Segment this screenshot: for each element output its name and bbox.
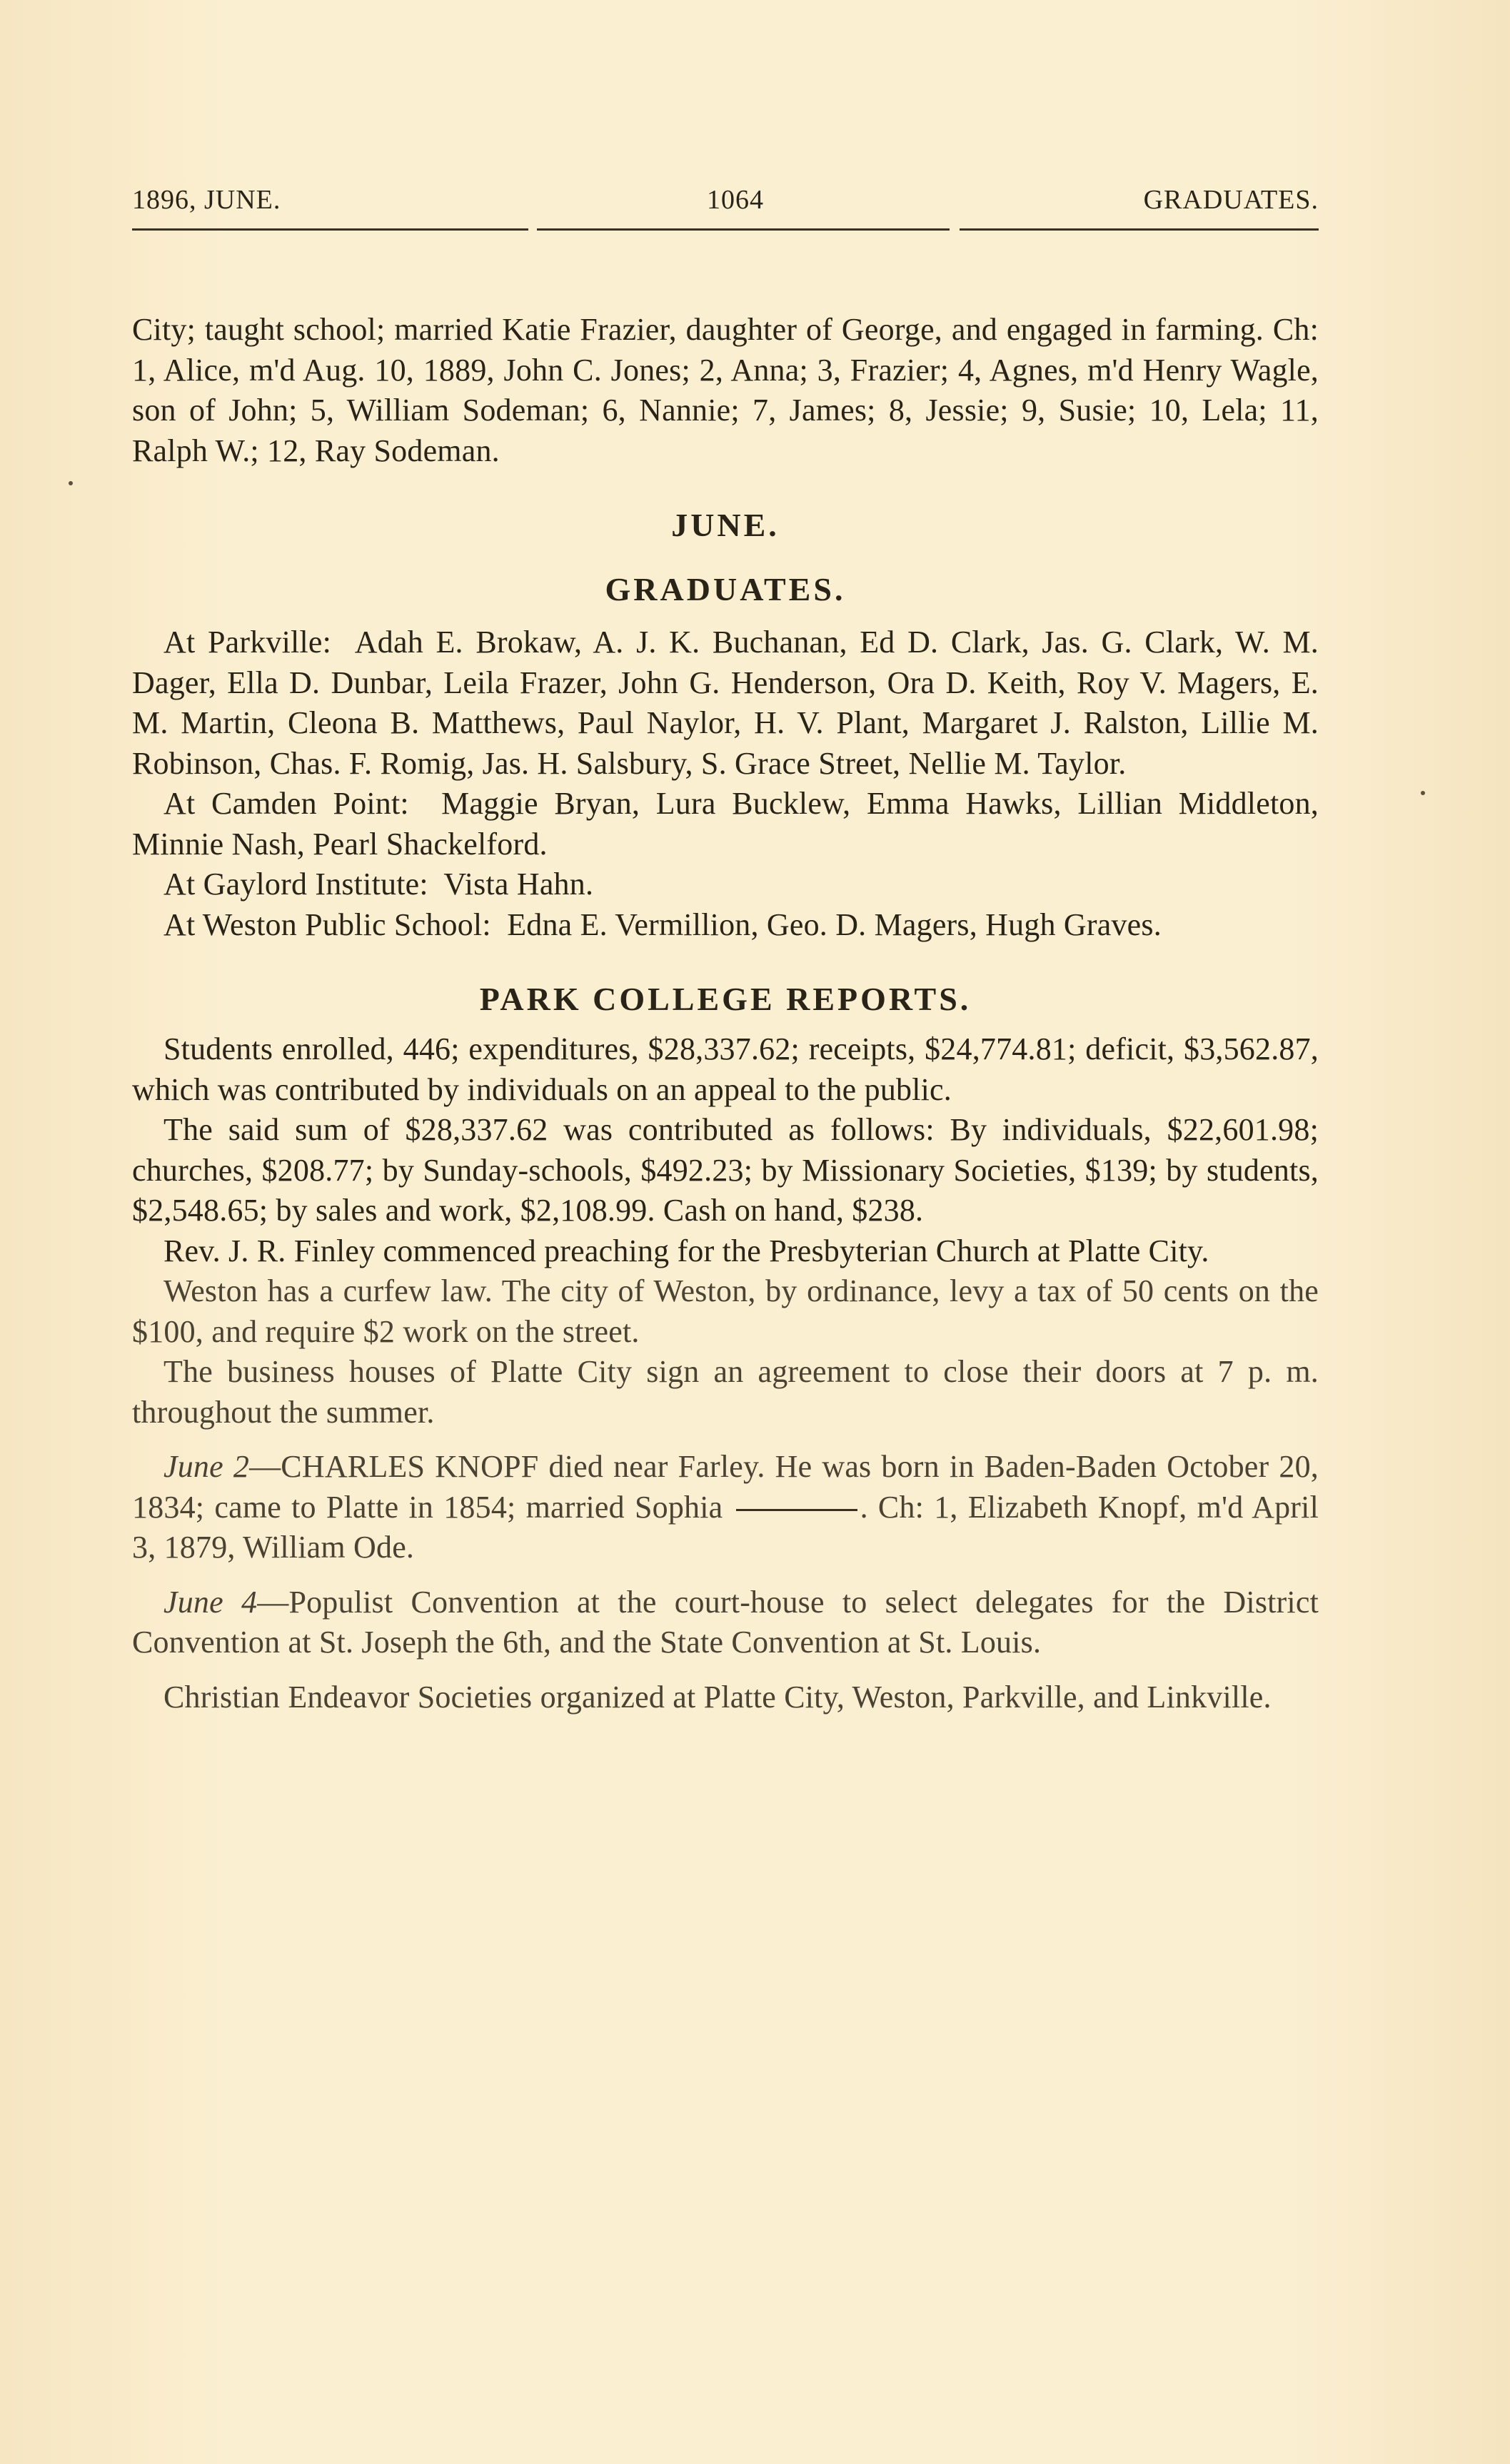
graduates-names: Vista Hahn. xyxy=(443,867,593,902)
platte-closing-paragraph: The business houses of Platte City sign … xyxy=(132,1352,1319,1433)
blank-surname-line xyxy=(736,1509,857,1511)
rule-segment-left xyxy=(132,228,528,231)
graduates-label: At Parkville: xyxy=(163,625,331,660)
graduates-names: Edna E. Vermillion, Geo. D. Magers, Hugh… xyxy=(507,907,1162,942)
park-college-enrollment: Students enrolled, 446; expenditures, $2… xyxy=(132,1029,1319,1110)
spacer xyxy=(132,1663,1319,1677)
rule-segment-center xyxy=(537,228,950,231)
weston-curfew-paragraph: Weston has a curfew law. The city of Wes… xyxy=(132,1271,1319,1352)
graduates-weston: At Weston Public School: Edna E. Vermill… xyxy=(132,905,1319,946)
graduates-label: At Camden Point: xyxy=(163,786,409,821)
rule-segment-right xyxy=(960,228,1319,231)
page-body: City; taught school; married Katie Frazi… xyxy=(132,310,1319,1717)
event-date: June 2 xyxy=(163,1449,249,1484)
running-head: 1896, JUNE. 1064 GRADUATES. xyxy=(132,187,1319,213)
margin-speck xyxy=(69,481,73,485)
graduates-camden-point: At Camden Point: Maggie Bryan, Lura Buck… xyxy=(132,784,1319,864)
page-number: 1064 xyxy=(707,187,764,213)
park-college-contributions: The said sum of $28,337.62 was contribut… xyxy=(132,1110,1319,1231)
event-dash: — xyxy=(249,1449,281,1484)
knopf-entry: June 2—CHARLES KNOPF died near Farley. H… xyxy=(132,1447,1319,1568)
graduates-gaylord: At Gaylord Institute: Vista Hahn. xyxy=(132,864,1319,905)
graduates-label: At Weston Public School: xyxy=(163,907,491,942)
continuation-paragraph: City; taught school; married Katie Frazi… xyxy=(132,310,1319,471)
populist-entry: June 4—Populist Convention at the court-… xyxy=(132,1582,1319,1663)
margin-speck xyxy=(1421,791,1425,795)
graduates-heading: GRADUATES. xyxy=(132,568,1319,611)
graduates-label: At Gaylord Institute: xyxy=(163,867,428,902)
book-page: 1896, JUNE. 1064 GRADUATES. City; taught… xyxy=(132,187,1319,1717)
deceased-name: CHARLES KNOPF xyxy=(281,1449,538,1484)
running-head-section: GRADUATES. xyxy=(1144,187,1319,213)
populist-text: Populist Convention at the court-house t… xyxy=(132,1585,1319,1660)
endeavor-paragraph: Christian Endeavor Societies organized a… xyxy=(132,1677,1319,1718)
spacer xyxy=(132,1433,1319,1447)
running-head-rule xyxy=(132,228,1319,231)
graduates-parkville: At Parkville: Adah E. Brokaw, A. J. K. B… xyxy=(132,622,1319,784)
month-heading: JUNE. xyxy=(132,504,1319,547)
park-college-heading: PARK COLLEGE REPORTS. xyxy=(132,978,1319,1021)
event-dash: — xyxy=(257,1585,288,1620)
spacer xyxy=(132,1568,1319,1582)
running-head-date: 1896, JUNE. xyxy=(132,187,281,213)
finley-paragraph: Rev. J. R. Finley commenced preaching fo… xyxy=(132,1231,1319,1272)
event-date: June 4 xyxy=(163,1585,257,1620)
